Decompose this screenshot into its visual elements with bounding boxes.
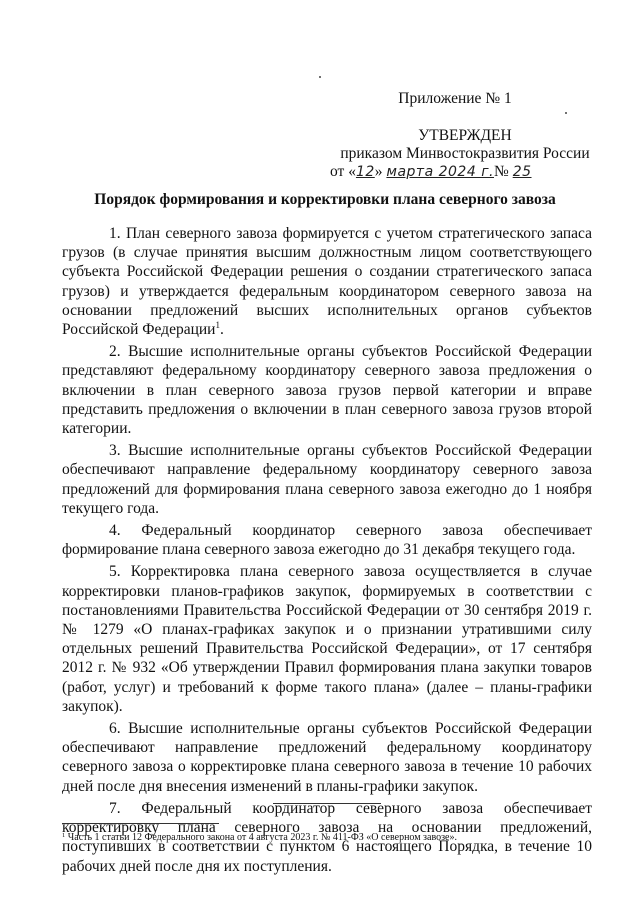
paragraph-1: 1. План северного завоза формируется с у… bbox=[62, 224, 592, 339]
date-month-year-handwritten: марта 2024 г. bbox=[386, 164, 494, 180]
paragraph-3: 3. Высшие исполнительные органы субъекто… bbox=[62, 441, 592, 518]
footnote: 1 Часть 1 статьи 12 Федерального закона … bbox=[62, 829, 602, 844]
footnote-text: Часть 1 статьи 12 Федерального закона от… bbox=[65, 832, 457, 843]
paragraph-6: 6. Высшие исполнительные органы субъекто… bbox=[62, 719, 592, 796]
approving-order: приказом Минвостокразвития России bbox=[300, 144, 630, 163]
order-number-handwritten: 25 bbox=[513, 164, 532, 180]
paragraph-4: 4. Федеральный координатор северного зав… bbox=[62, 521, 592, 559]
scan-speck bbox=[319, 76, 321, 78]
number-sign: № bbox=[494, 163, 513, 180]
end-of-text-divider bbox=[273, 803, 381, 804]
order-date-line: от «12» марта 2024 г.№ 25 bbox=[330, 162, 600, 182]
document-page: Приложение № 1 УТВЕРЖДЕН приказом Минвос… bbox=[0, 0, 640, 905]
paragraph-2: 2. Высшие исполнительные органы субъекто… bbox=[62, 342, 592, 438]
annex-label: Приложение № 1 bbox=[345, 89, 565, 108]
paragraph-5: 5. Корректировка плана северного завоза … bbox=[62, 562, 592, 716]
date-prefix: от « bbox=[330, 163, 356, 180]
scan-speck bbox=[565, 112, 567, 114]
approved-stamp: УТВЕРЖДЕН bbox=[340, 126, 590, 145]
paragraph-1-text: 1. План северного завоза формируется с у… bbox=[62, 225, 592, 338]
date-day-handwritten: 12 bbox=[356, 164, 375, 180]
paragraph-1-tail: . bbox=[220, 321, 224, 338]
date-mid: » bbox=[375, 163, 387, 180]
document-body: 1. План северного завоза формируется с у… bbox=[62, 224, 592, 879]
footnote-divider bbox=[62, 823, 219, 824]
document-title: Порядок формирования и корректировки пла… bbox=[60, 190, 590, 209]
